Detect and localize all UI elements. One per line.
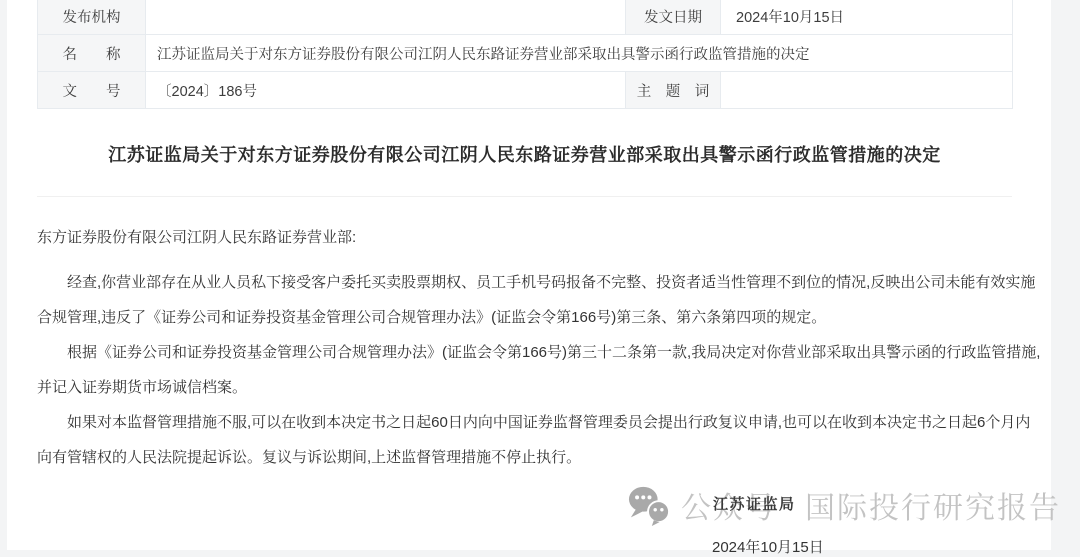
paragraph-decision: 根据《证券公司和证券投资基金管理公司合规管理办法》(证监会令第166号)第三十二…: [37, 335, 1045, 405]
document-info-table: 发布机构 发文日期 2024年10月15日 名 称 江苏证监局关于对东方证券股份…: [37, 0, 1013, 109]
watermark: 公众号 国际投行研究报告: [626, 482, 1061, 527]
document-page: 发布机构 发文日期 2024年10月15日 名 称 江苏证监局关于对东方证券股份…: [7, 0, 1051, 550]
name-value: 江苏证监局关于对东方证券股份有限公司江阴人民东路证券营业部采取出具警示函行政监管…: [146, 35, 1013, 72]
doc-number-value: 〔2024〕186号: [146, 72, 626, 109]
issue-date-value: 2024年10月15日: [721, 0, 1013, 35]
title-divider: [37, 196, 1012, 197]
table-row: 名 称 江苏证监局关于对东方证券股份有限公司江阴人民东路证券营业部采取出具警示函…: [38, 35, 1013, 72]
subject-words-label: 主 题 词: [626, 72, 721, 109]
page-background: { "info_table": { "row1": { "label1": "发…: [0, 0, 1080, 550]
subject-words-value: [721, 72, 1013, 109]
document-body: 东方证券股份有限公司江阴人民东路证券营业部: 经查,你营业部存在从业人员私下接受…: [37, 220, 1045, 475]
issue-date-label: 发文日期: [626, 0, 721, 35]
page-title: 江苏证监局关于对东方证券股份有限公司江阴人民东路证券营业部采取出具警示函行政监管…: [37, 141, 1012, 167]
issuer-value: [146, 0, 626, 35]
wechat-chat-bubbles-icon: [626, 484, 672, 526]
table-row: 文 号 〔2024〕186号 主 题 词: [38, 72, 1013, 109]
watermark-text-account-name: 国际投行研究报告: [805, 483, 1061, 527]
salutation: 东方证券股份有限公司江阴人民东路证券营业部:: [37, 220, 1045, 255]
paragraph-findings: 经查,你营业部存在从业人员私下接受客户委托买卖股票期权、员工手机号码报备不完整、…: [37, 265, 1045, 335]
name-label: 名 称: [38, 35, 146, 72]
document-date: 2024年10月15日: [712, 536, 824, 550]
table-row: 发布机构 发文日期 2024年10月15日: [38, 0, 1013, 35]
issuer-label: 发布机构: [38, 0, 146, 35]
doc-number-label: 文 号: [38, 72, 146, 109]
signature: 江苏证监局: [713, 493, 796, 514]
paragraph-appeal-rights: 如果对本监督管理措施不服,可以在收到本决定书之日起60日内向中国证券监督管理委员…: [37, 405, 1045, 475]
